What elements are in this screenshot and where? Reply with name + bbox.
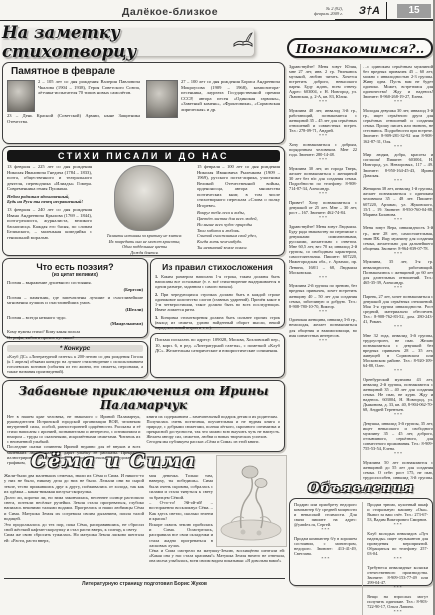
february-box: Памятное в феврале 2 – 105 лет со дня ро… — [2, 62, 285, 144]
palamarchuk-title: Забавные приключения от Ирины Паламарчук — [7, 384, 280, 412]
personal-ad: Мир людям, добра, красоты и согласия! Пи… — [363, 152, 433, 183]
poetry-quote: Поэзия – выражение душевного состояния. — [7, 280, 143, 286]
personal-ad: Девушка, инвалид 3-й группы, 35 лет, ище… — [363, 421, 433, 457]
palamarchuk-box: Забавные приключения от Ирины Паламарчук… — [2, 380, 285, 452]
poetry-quotes-title: Что есть поэзия? — [7, 262, 143, 272]
personal-ad: Здравствуйте! Меня зовут Юлия, мне 27 ле… — [289, 64, 357, 105]
poetry-quote-author: (Шелли) — [7, 307, 143, 312]
rules-title: Из правил стихосложения — [155, 262, 280, 272]
announcements-box: Подарю или приобрету недорого компьютер … — [289, 498, 433, 586]
poems-title-bar: Стихи писали и до нас — [7, 150, 280, 162]
poetry-quote-author: (Мандельштам) — [7, 321, 143, 326]
announcements-column-a: Подарю или приобрету недорого компьютер … — [294, 502, 357, 615]
meet-banner: Познакомимся?.. — [287, 38, 433, 58]
poet-note-banner: На заметку стихотворцу — [2, 28, 254, 56]
konkurs-title: * Конкурс — [7, 345, 143, 352]
personal-ad: Меня зовут Вера, инвалидность 3-й гр., м… — [363, 225, 433, 256]
announcement-ad: Подарю или приобрету недорого компьютер … — [294, 502, 357, 533]
personal-ad: Здравствуйте! Меня зовут Людмила. Буду р… — [289, 224, 357, 280]
announcement-ad: Продам трюмо, кухонный шкаф и стиральную… — [367, 502, 428, 528]
paper-logo: З†А — [359, 5, 380, 17]
photo-mokrousov — [146, 80, 178, 118]
personal-ad: …с одиноким серьёзным мужчиной без вредн… — [363, 64, 433, 105]
personal-ad: Мужчина 2-й группы по зрению, без вредны… — [289, 283, 357, 314]
personal-ad: Женщина 38 лет, инвалид 1-й группы, жела… — [363, 186, 433, 222]
rule-item: Каким размером написана 1-я строка, таки… — [155, 274, 280, 289]
poetry-quote: Поэзия – памятник, где запечатлены лучши… — [7, 295, 143, 306]
story-caption: Сёма и Сима смотрели на матушку-Землю, в… — [149, 548, 285, 576]
story-title: Сёма и Сима — [14, 450, 214, 472]
page-number-badge: 15 — [397, 4, 431, 18]
february-title: Памятное в феврале — [11, 66, 280, 77]
newspaper-page: Далёкое-близкое № 2 (92), февраль 2009 г… — [0, 0, 435, 615]
poems-rylenkov-verse: Вокруг тебя леса и воды, Цветёт листва д… — [197, 210, 280, 251]
personals-column-b: …с одиноким серьёзным мужчиной без вредн… — [363, 64, 433, 480]
personal-ad: Парень, 27 лет, хочет познакомиться с де… — [363, 294, 433, 330]
story-col2: моя девочка. Только там, наверху, ты поб… — [149, 473, 213, 545]
announcements-column-b: Продам трюмо, кухонный шкаф и стиральную… — [367, 502, 428, 615]
footer-rule — [4, 578, 285, 579]
issue-date: февраль 2009 г. — [297, 11, 343, 16]
personal-ad: Хочу познакомиться с добрым, порядочным … — [289, 142, 357, 163]
poetry-quote: Поэзия – всегда немного чудо. — [7, 315, 143, 321]
poet-note-banner-title: На заметку стихотворцу — [2, 23, 227, 61]
rule-item: При чередующихся строчках должно быть в … — [155, 292, 280, 313]
rules-list: Каким размером написана 1-я строка, таки… — [155, 274, 280, 331]
february-item-army: 23 – День Красной (Советской) Армии, нын… — [7, 113, 140, 124]
personal-ad: Привет! Хочу познакомиться с девушкой от… — [289, 200, 357, 221]
photo-chkalov — [7, 80, 35, 112]
rules-box: Из правил стихосложения Каким размером н… — [150, 258, 285, 328]
announcement-ad: Клуб молодых инвалидов «Луч надежды» ище… — [367, 531, 428, 562]
book-icon — [232, 32, 254, 53]
personal-ad: Молодая девушка 30 лет, инвалид 3-й гр.,… — [363, 108, 433, 149]
personal-ad: Мужчина 40 лет, инвалид 3-й гр., работаю… — [289, 108, 357, 139]
poems-krylov-text: 13 февраля – 240 лет со дня рождения Ива… — [7, 207, 92, 240]
story-illustration — [216, 455, 287, 547]
personal-ad: Мужчина 30 лет, из города Тверь, желает … — [289, 166, 357, 197]
announcement-ad: Вещи на взрослых могут получить одинокие… — [367, 594, 428, 615]
masthead-title: Далёкое-близкое — [60, 6, 280, 18]
announcements-title: Объявления — [289, 481, 433, 496]
portrait-krylov — [114, 165, 174, 231]
footer-credit: Литературную страницу подготовил Борис Ж… — [4, 581, 285, 587]
personal-ad: Одинокая женщина, инвалид 3-й гр., немол… — [289, 317, 357, 343]
poems-gnedich-verse: Небом родимым вдохновенный, Будь на Руси… — [7, 194, 92, 206]
konkurs-address: Письма посылать по адресу: 109028, Москв… — [155, 337, 280, 354]
poetry-quotes-subtitle: (из цитат великих) — [7, 272, 143, 278]
poems-gnedich-text: 13 февраля – 225 лет со дня рождения Ник… — [7, 164, 92, 192]
announcement-ad: Требуются инвалидные коляски отечественн… — [367, 565, 428, 591]
personals-column-a: Здравствуйте! Меня зовут Юлия, мне 27 ле… — [289, 64, 357, 480]
poetry-quote-author: (Бергсон) — [7, 287, 143, 292]
masthead-rule-heavy — [335, 19, 435, 22]
story-col1: Жили-были два маленьких семечка, звали и… — [4, 473, 144, 575]
konkurs-text: «Клуб ДС» «Литературной газеты» к 200-ле… — [7, 354, 143, 375]
announcement-ad: Продам компьютер б/у в хорошем состоянии… — [294, 536, 357, 562]
poetry-quotes-box: Что есть поэзия? (из цитат великих) Поэз… — [2, 258, 148, 338]
konkurs-box: * Конкурс «Клуб ДС» «Литературной газеты… — [2, 341, 148, 378]
masthead-divider — [386, 2, 388, 20]
personal-ad: Мужчина 50 лет познакомится с женщиной д… — [363, 460, 433, 480]
personal-ad: Оренбургский мужчина 43 лет, инвалид 2-й… — [363, 377, 433, 418]
poems-krylov-verse: Таланты истинны за критику не злятся: Их… — [97, 233, 192, 255]
konkurs-address-box: Письма посылать по адресу: 109028, Москв… — [150, 333, 285, 378]
poems-box: Стихи писали и до нас 13 февраля – 225 л… — [2, 146, 285, 256]
personal-ad: Мужчина, 35 лет, 3-я гр. инвалидности, р… — [363, 259, 433, 290]
personal-ad: Мне 32 года, инвалид 3-й группы, трудоус… — [363, 333, 433, 374]
rule-item: Концовка стихотворения должна быть сильн… — [155, 315, 280, 330]
personals-column-divider — [360, 64, 361, 480]
poems-rylenkov-text: 15 февраля – 100 лет со дня рождения Ник… — [197, 164, 280, 208]
